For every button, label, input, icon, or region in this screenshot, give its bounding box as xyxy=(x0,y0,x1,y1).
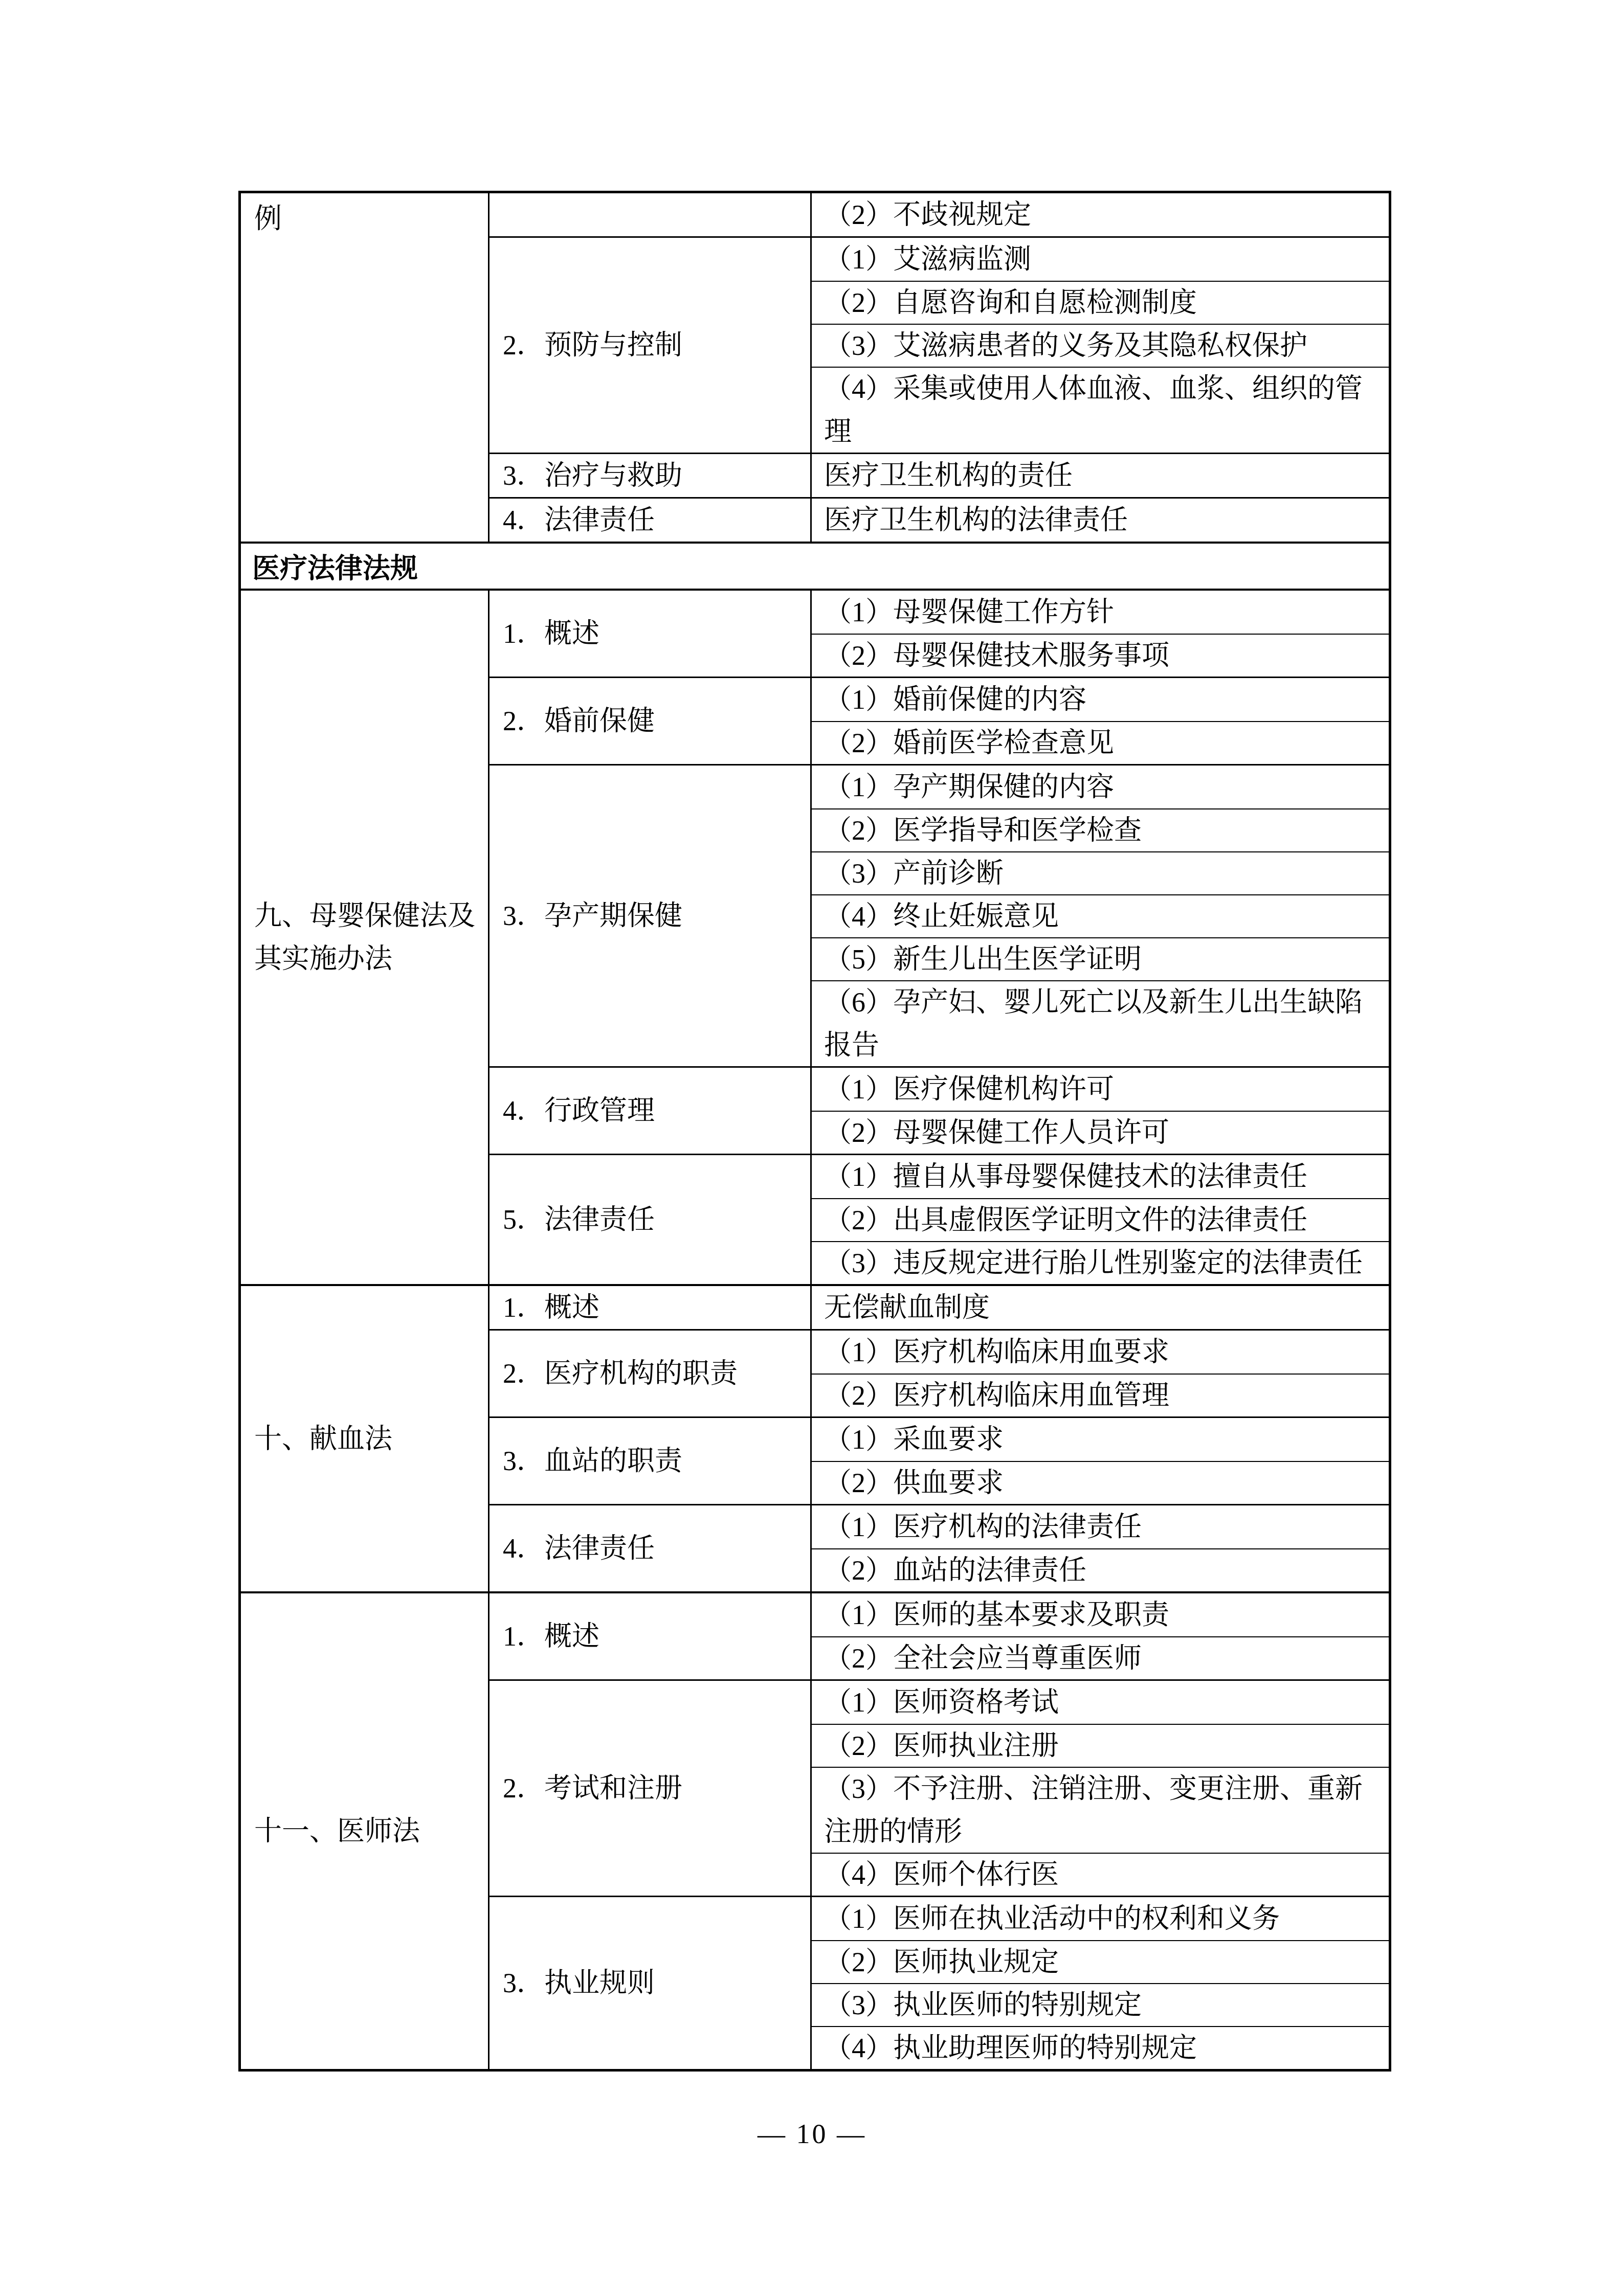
unit-group: 5．法律责任 （1）擅自从事母婴保健技术的法律责任 （2）出具虚假医学证明文件的… xyxy=(490,1154,1389,1284)
unit-cell: 3．血站的职责 xyxy=(490,1418,812,1504)
detail-cell: （3）违反规定进行胎儿性别鉴定的法律责任 xyxy=(812,1241,1389,1284)
unit-cell: 4．法律责任 xyxy=(490,1505,812,1591)
detail-cell: （2）婚前医学检查意见 xyxy=(812,721,1389,764)
unit-cell: 3．孕产期保健 xyxy=(490,766,812,1066)
unit-cell xyxy=(490,193,812,236)
detail-cell: （2）供血要求 xyxy=(812,1461,1389,1504)
section-blood-donation-law: 十、献血法 1．概述 无偿献血制度 2．医疗机构的职责 （1）医疗机构临床用血要… xyxy=(241,1284,1389,1591)
detail-cell: （1）医师资格考试 xyxy=(812,1681,1389,1724)
unit-group: 4．法律责任 （1）医疗机构的法律责任 （2）血站的法律责任 xyxy=(490,1504,1389,1591)
unit-cell: 4．法律责任 xyxy=(490,499,812,542)
detail-cell: （1）医疗机构临床用血要求 xyxy=(812,1331,1389,1374)
unit-group: 3．治疗与救助 医疗卫生机构的责任 xyxy=(490,453,1389,497)
unit-cell: 1．概述 xyxy=(490,1593,812,1679)
detail-cell: （2）母婴保健工作人员许可 xyxy=(812,1111,1389,1154)
unit-cell: 1．概述 xyxy=(490,591,812,677)
detail-cell: （4）采集或使用人体血液、血浆、组织的管 理 xyxy=(812,367,1389,453)
syllabus-table: 例 （2）不歧视规定 2．预防与控制 （1）艾滋病监测 （2）自愿咨询和自愿检测… xyxy=(238,191,1391,2072)
detail-cell: （2）全社会应当尊重医师 xyxy=(812,1636,1389,1679)
unit-cell: 2．婚前保健 xyxy=(490,678,812,764)
unit-group: 2．考试和注册 （1）医师资格考试 （2）医师执业注册 （3）不予注册、注销注册… xyxy=(490,1679,1389,1896)
detail-cell: （1）采血要求 xyxy=(812,1418,1389,1461)
detail-cell: （1）孕产期保健的内容 xyxy=(812,766,1389,808)
unit-group: 4．行政管理 （1）医疗保健机构许可 （2）母婴保健工作人员许可 xyxy=(490,1066,1389,1154)
detail-cell: （1）擅自从事母婴保健技术的法律责任 xyxy=(812,1155,1389,1198)
detail-cell: （1）医师的基本要求及职责 xyxy=(812,1593,1389,1636)
unit-cell: 3．执业规则 xyxy=(490,1897,812,2069)
unit-cell: 4．行政管理 xyxy=(490,1068,812,1154)
detail-cell: （1）婚前保健的内容 xyxy=(812,678,1389,721)
unit-group: 2．预防与控制 （1）艾滋病监测 （2）自愿咨询和自愿检测制度 （3）艾滋病患者… xyxy=(490,236,1389,453)
section-physicians-law: 十一、医师法 1．概述 （1）医师的基本要求及职责 （2）全社会应当尊重医师 2… xyxy=(241,1591,1389,2069)
detail-cell: （2）医疗机构临床用血管理 xyxy=(812,1374,1389,1416)
unit-group: 2．医疗机构的职责 （1）医疗机构临床用血要求 （2）医疗机构临床用血管理 xyxy=(490,1329,1389,1416)
page-number: — 10 — xyxy=(0,2118,1624,2150)
topic-cell: 十、献血法 xyxy=(241,1286,490,1591)
unit-group: 3．执业规则 （1）医师在执业活动中的权利和义务 （2）医师执业规定 （3）执业… xyxy=(490,1896,1389,2069)
detail-cell: （4）执业助理医师的特别规定 xyxy=(812,2026,1389,2069)
detail-cell: （1）医疗机构的法律责任 xyxy=(812,1505,1389,1548)
section-maternal-infant-health-law: 九、母婴保健法及 其实施办法 1．概述 （1）母婴保健工作方针 （2）母婴保健技… xyxy=(241,589,1389,1284)
detail-cell: （2）不歧视规定 xyxy=(812,193,1389,236)
category-header-row: 医疗法律法规 xyxy=(241,542,1389,589)
detail-cell: （1）母婴保健工作方针 xyxy=(812,591,1389,634)
section-aids-regulation-continued: 例 （2）不歧视规定 2．预防与控制 （1）艾滋病监测 （2）自愿咨询和自愿检测… xyxy=(241,193,1389,542)
unit-cell: 2．医疗机构的职责 xyxy=(490,1331,812,1416)
detail-cell: （3）艾滋病患者的义务及其隐私权保护 xyxy=(812,324,1389,367)
detail-cell: （1）医疗保健机构许可 xyxy=(812,1068,1389,1111)
unit-cell: 2．考试和注册 xyxy=(490,1681,812,1896)
detail-cell: （3）产前诊断 xyxy=(812,851,1389,894)
unit-group: （2）不歧视规定 xyxy=(490,193,1389,236)
unit-group: 2．婚前保健 （1）婚前保健的内容 （2）婚前医学检查意见 xyxy=(490,677,1389,764)
document-page: 例 （2）不歧视规定 2．预防与控制 （1）艾滋病监测 （2）自愿咨询和自愿检测… xyxy=(0,0,1624,2296)
unit-group: 1．概述 （1）医师的基本要求及职责 （2）全社会应当尊重医师 xyxy=(490,1593,1389,1679)
detail-cell: （3）不予注册、注销注册、变更注册、重新 注册的情形 xyxy=(812,1767,1389,1853)
topic-cell: 例 xyxy=(241,193,490,542)
detail-cell: （2）自愿咨询和自愿检测制度 xyxy=(812,281,1389,324)
detail-cell: （2）母婴保健技术服务事项 xyxy=(812,634,1389,677)
topic-cell: 九、母婴保健法及 其实施办法 xyxy=(241,591,490,1284)
unit-cell: 5．法律责任 xyxy=(490,1155,812,1284)
detail-cell: （2）医师执业规定 xyxy=(812,1940,1389,1983)
detail-cell: （2）医学指导和医学检查 xyxy=(812,808,1389,851)
detail-cell: （5）新生儿出生医学证明 xyxy=(812,937,1389,980)
detail-cell: （4）终止妊娠意见 xyxy=(812,894,1389,937)
detail-cell: （4）医师个体行医 xyxy=(812,1853,1389,1896)
unit-group: 3．孕产期保健 （1）孕产期保健的内容 （2）医学指导和医学检查 （3）产前诊断… xyxy=(490,764,1389,1066)
unit-cell: 3．治疗与救助 xyxy=(490,454,812,497)
detail-cell: （2）血站的法律责任 xyxy=(812,1548,1389,1591)
detail-cell: （2）医师执业注册 xyxy=(812,1724,1389,1767)
unit-group: 1．概述 无偿献血制度 xyxy=(490,1286,1389,1329)
detail-cell: （6）孕产妇、婴儿死亡以及新生儿出生缺陷 报告 xyxy=(812,980,1389,1066)
topic-cell: 十一、医师法 xyxy=(241,1593,490,2069)
category-header-label: 医疗法律法规 xyxy=(252,547,418,586)
detail-cell: 医疗卫生机构的责任 xyxy=(812,454,1389,497)
unit-group: 1．概述 （1）母婴保健工作方针 （2）母婴保健技术服务事项 xyxy=(490,591,1389,677)
detail-cell: 无偿献血制度 xyxy=(812,1286,1389,1329)
detail-cell: 医疗卫生机构的法律责任 xyxy=(812,499,1389,542)
unit-cell: 1．概述 xyxy=(490,1286,812,1329)
unit-group: 3．血站的职责 （1）采血要求 （2）供血要求 xyxy=(490,1416,1389,1504)
detail-cell: （3）执业医师的特别规定 xyxy=(812,1983,1389,2026)
detail-cell: （1）艾滋病监测 xyxy=(812,238,1389,281)
unit-group: 4．法律责任 医疗卫生机构的法律责任 xyxy=(490,497,1389,542)
detail-cell: （2）出具虚假医学证明文件的法律责任 xyxy=(812,1198,1389,1241)
unit-cell: 2．预防与控制 xyxy=(490,238,812,453)
detail-cell: （1）医师在执业活动中的权利和义务 xyxy=(812,1897,1389,1940)
